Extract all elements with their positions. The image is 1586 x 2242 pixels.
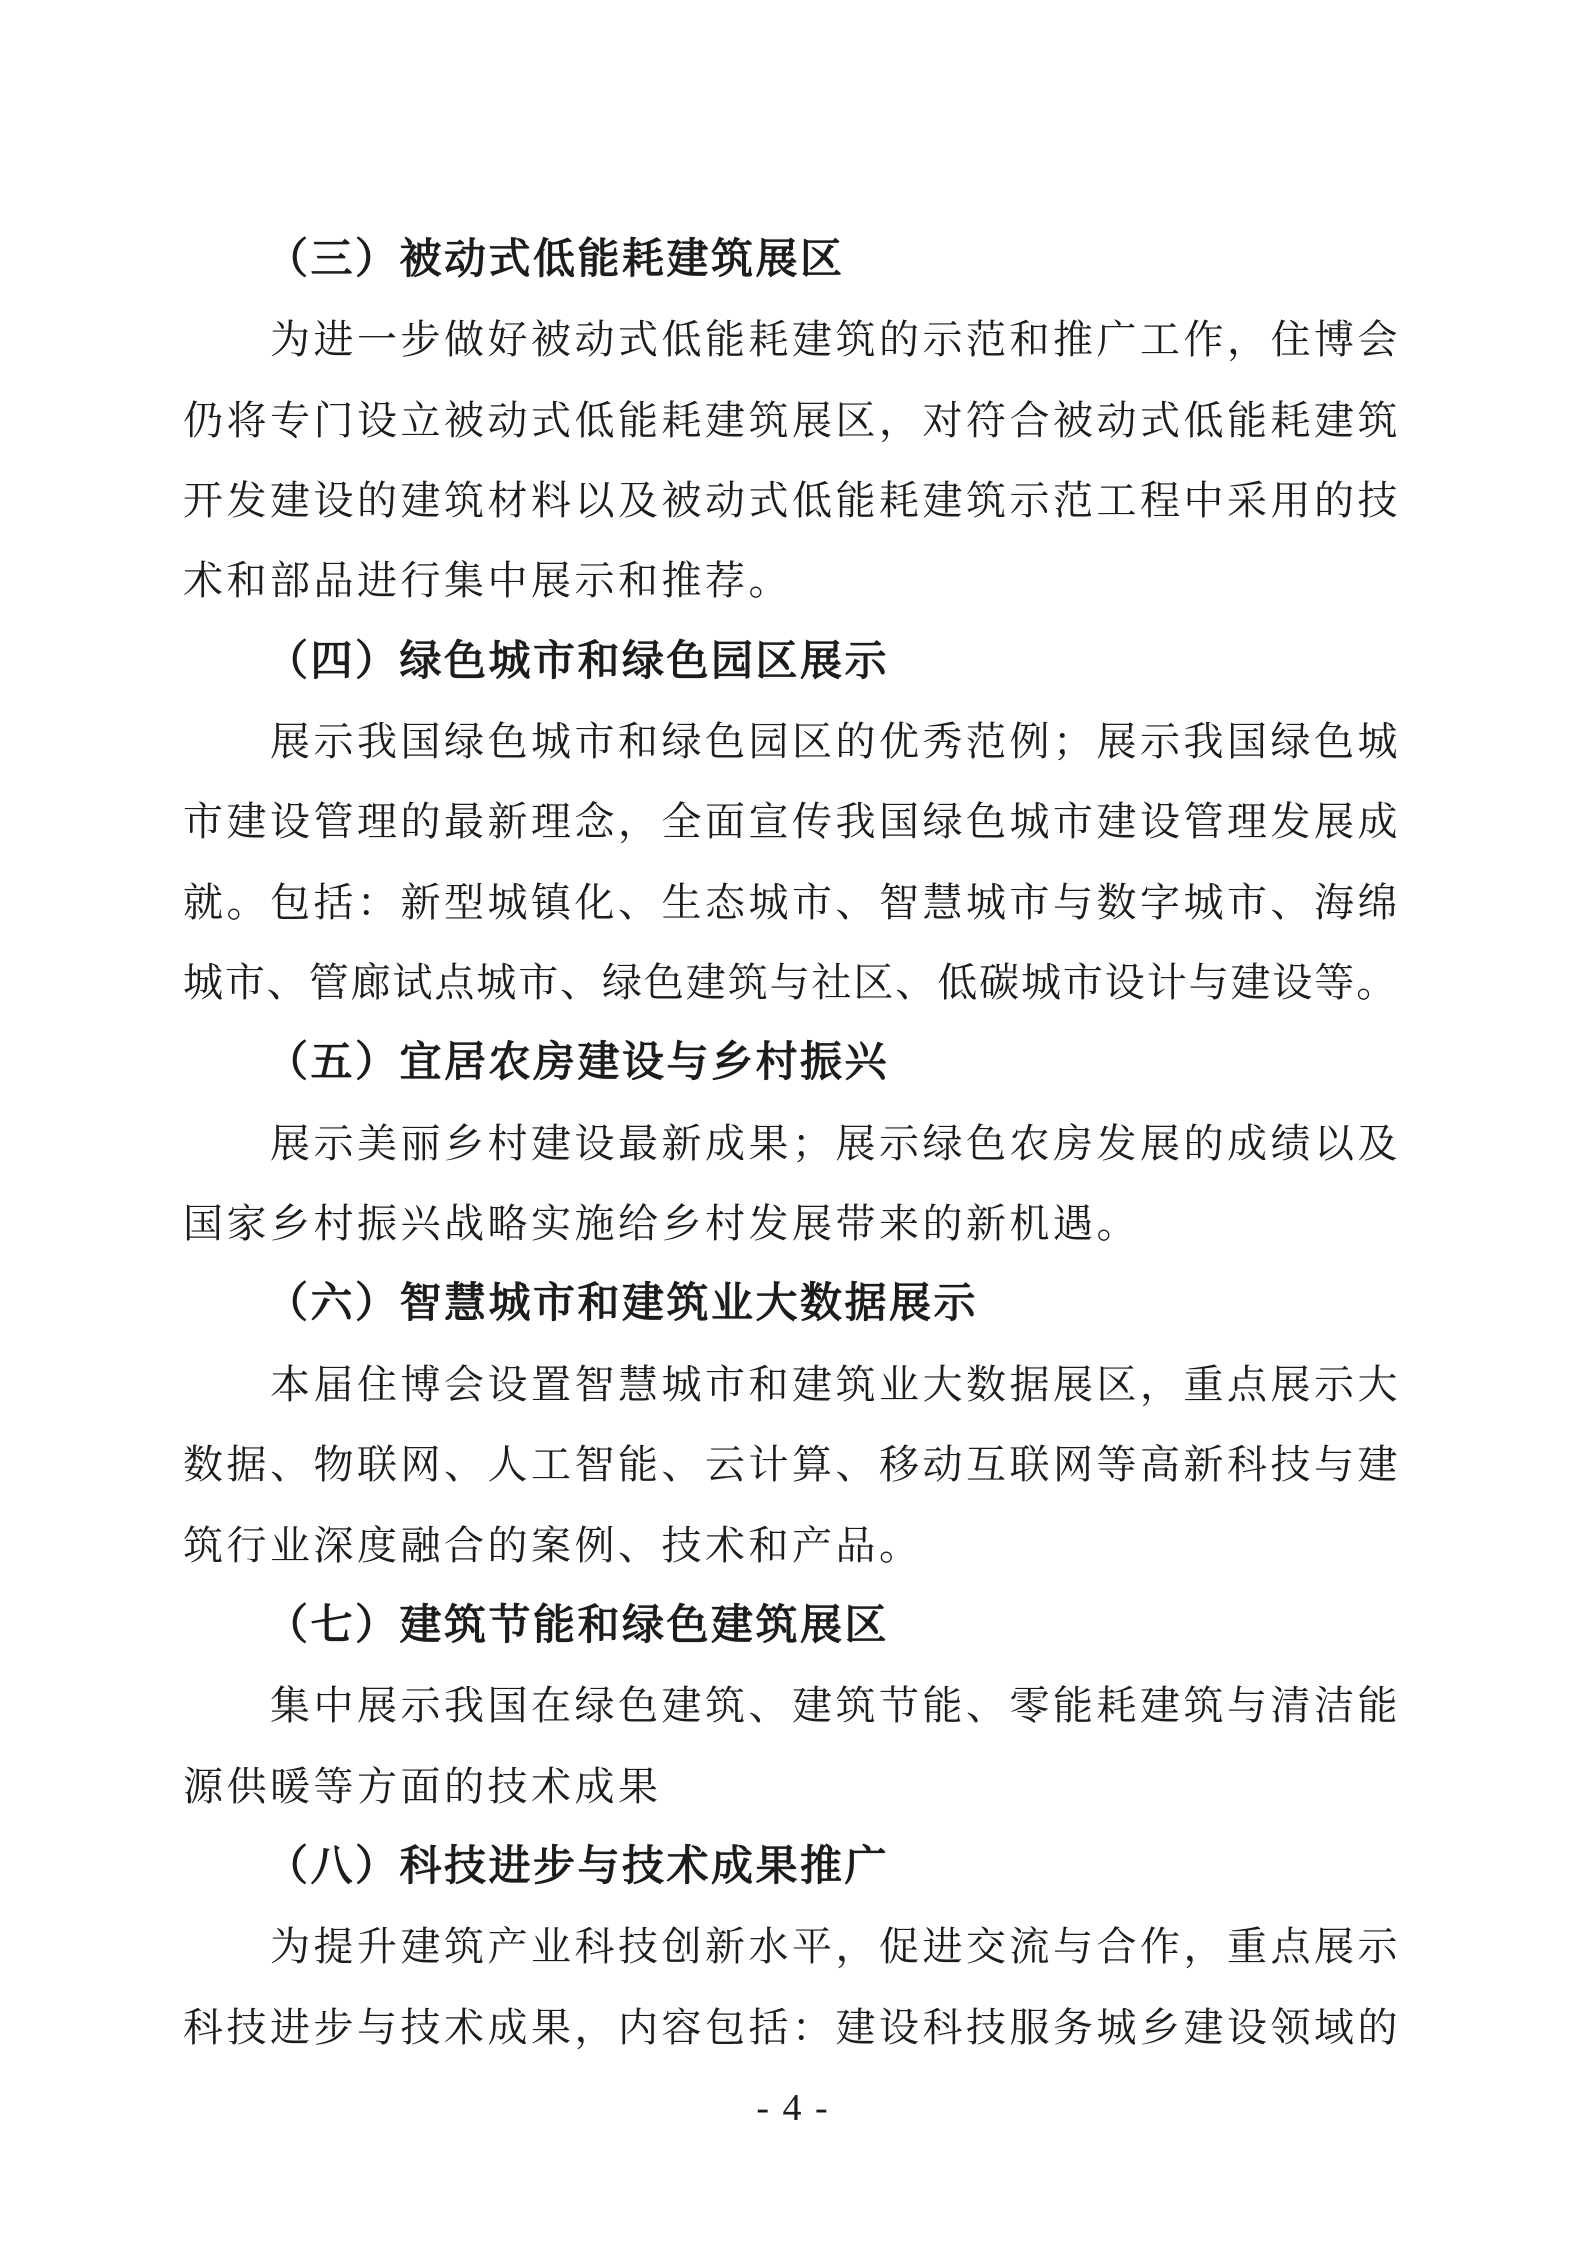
section-heading: （三）被动式低能耗建筑展区 <box>183 220 1403 300</box>
section-heading: （四）绿色城市和绿色园区展示 <box>183 622 1403 702</box>
document-page: （三）被动式低能耗建筑展区 为进一步做好被动式低能耗建筑的示范和推广工作，住博会… <box>0 0 1586 2242</box>
text-line: 展示美丽乡村建设最新成果；展示绿色农房发展的成绩以及 <box>183 1104 1403 1184</box>
page-number: - 4 - <box>183 2068 1403 2148</box>
text-line: 科技进步与技术成果，内容包括：建设科技服务城乡建设领域的 <box>183 1988 1403 2068</box>
text-line: 为提升建筑产业科技创新水平，促进交流与合作，重点展示 <box>183 1907 1403 1987</box>
text-line: 国家乡村振兴战略实施给乡村发展带来的新机遇。 <box>183 1184 1403 1264</box>
section-heading: （五）宜居农房建设与乡村振兴 <box>183 1023 1403 1103</box>
text-line: 市建设管理的最新理念，全面宣传我国绿色城市建设管理发展成 <box>183 782 1403 862</box>
text-line: 就。包括：新型城镇化、生态城市、智慧城市与数字城市、海绵 <box>183 863 1403 943</box>
text-line: 开发建设的建筑材料以及被动式低能耗建筑示范工程中采用的技 <box>183 461 1403 541</box>
text-line: 源供暖等方面的技术成果 <box>183 1747 1403 1827</box>
section-heading: （六）智慧城市和建筑业大数据展示 <box>183 1264 1403 1344</box>
text-line: 数据、物联网、人工智能、云计算、移动互联网等高新科技与建 <box>183 1425 1403 1505</box>
text-line: 城市、管廊试点城市、绿色建筑与社区、低碳城市设计与建设等。 <box>183 943 1403 1023</box>
section-heading: （八）科技进步与技术成果推广 <box>183 1827 1403 1907</box>
text-line: 为进一步做好被动式低能耗建筑的示范和推广工作，住博会 <box>183 300 1403 380</box>
text-line: 筑行业深度融合的案例、技术和产品。 <box>183 1506 1403 1586</box>
text-line: 术和部品进行集中展示和推荐。 <box>183 541 1403 621</box>
text-line: 集中展示我国在绿色建筑、建筑节能、零能耗建筑与清洁能 <box>183 1666 1403 1746</box>
text-line: 仍将专门设立被动式低能耗建筑展区，对符合被动式低能耗建筑 <box>183 381 1403 461</box>
text-line: 本届住博会设置智慧城市和建筑业大数据展区，重点展示大 <box>183 1345 1403 1425</box>
text-line: 展示我国绿色城市和绿色园区的优秀范例；展示我国绿色城 <box>183 702 1403 782</box>
section-heading: （七）建筑节能和绿色建筑展区 <box>183 1586 1403 1666</box>
document-body: （三）被动式低能耗建筑展区 为进一步做好被动式低能耗建筑的示范和推广工作，住博会… <box>183 220 1403 2148</box>
